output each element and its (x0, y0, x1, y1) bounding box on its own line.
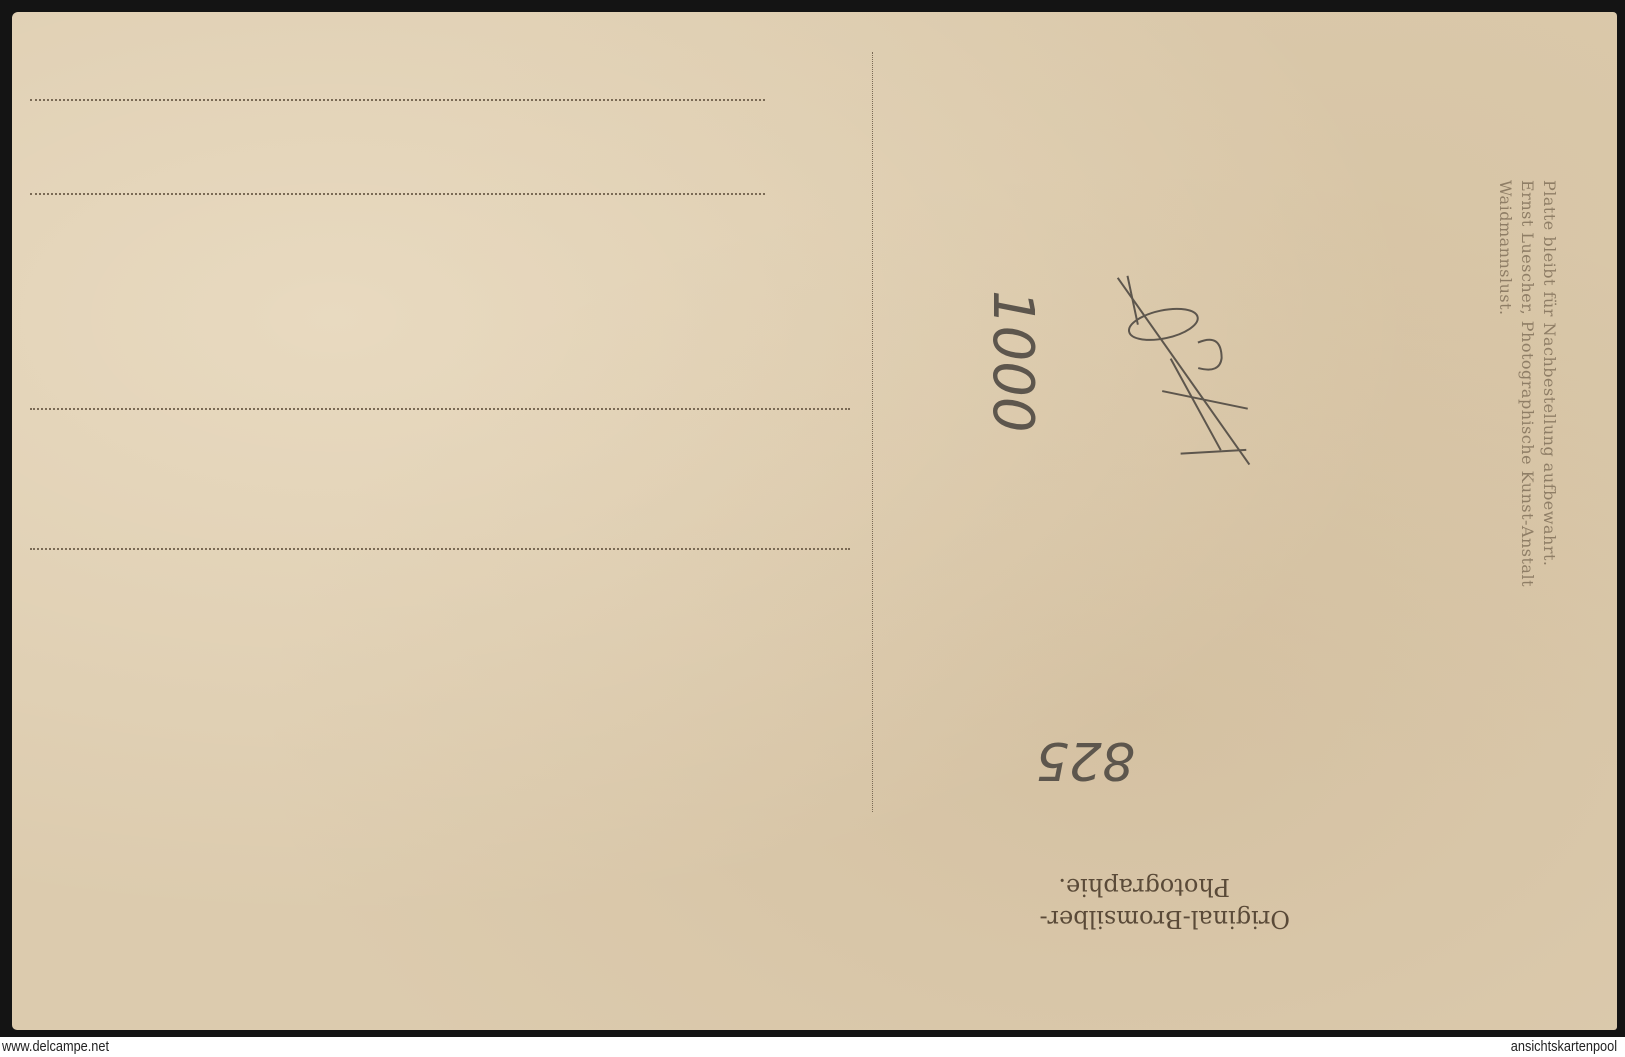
center-divider (872, 52, 873, 812)
handwritten-number-1000: 1000 (980, 290, 1045, 433)
imprint-line-1: Platte bleibt für Nachbestellung aufbewa… (1538, 180, 1560, 587)
footer-source-left: www.delcampe.net (2, 1037, 109, 1057)
photo-type-line-1: Original-Bromsilber- (1039, 903, 1290, 935)
publisher-imprint: Platte bleibt für Nachbestellung aufbewa… (1494, 180, 1560, 587)
footer-source-right: ansichtskartenpool (1511, 1037, 1617, 1057)
address-line-2 (30, 193, 765, 195)
imprint-line-3: Waidmannslust. (1494, 180, 1516, 587)
photo-type-line-2: Photographie. (1039, 871, 1290, 903)
imprint-line-2: Ernst Luescher, Photographische Kunst-An… (1516, 180, 1538, 587)
photo-type-title: Original-Bromsilber- Photographie. (1039, 871, 1290, 935)
address-line-4 (30, 548, 850, 550)
address-line-1 (30, 99, 765, 101)
postcard-back (12, 12, 1617, 1030)
handwritten-number-825: 825 (1036, 730, 1135, 790)
address-line-3 (30, 408, 850, 410)
